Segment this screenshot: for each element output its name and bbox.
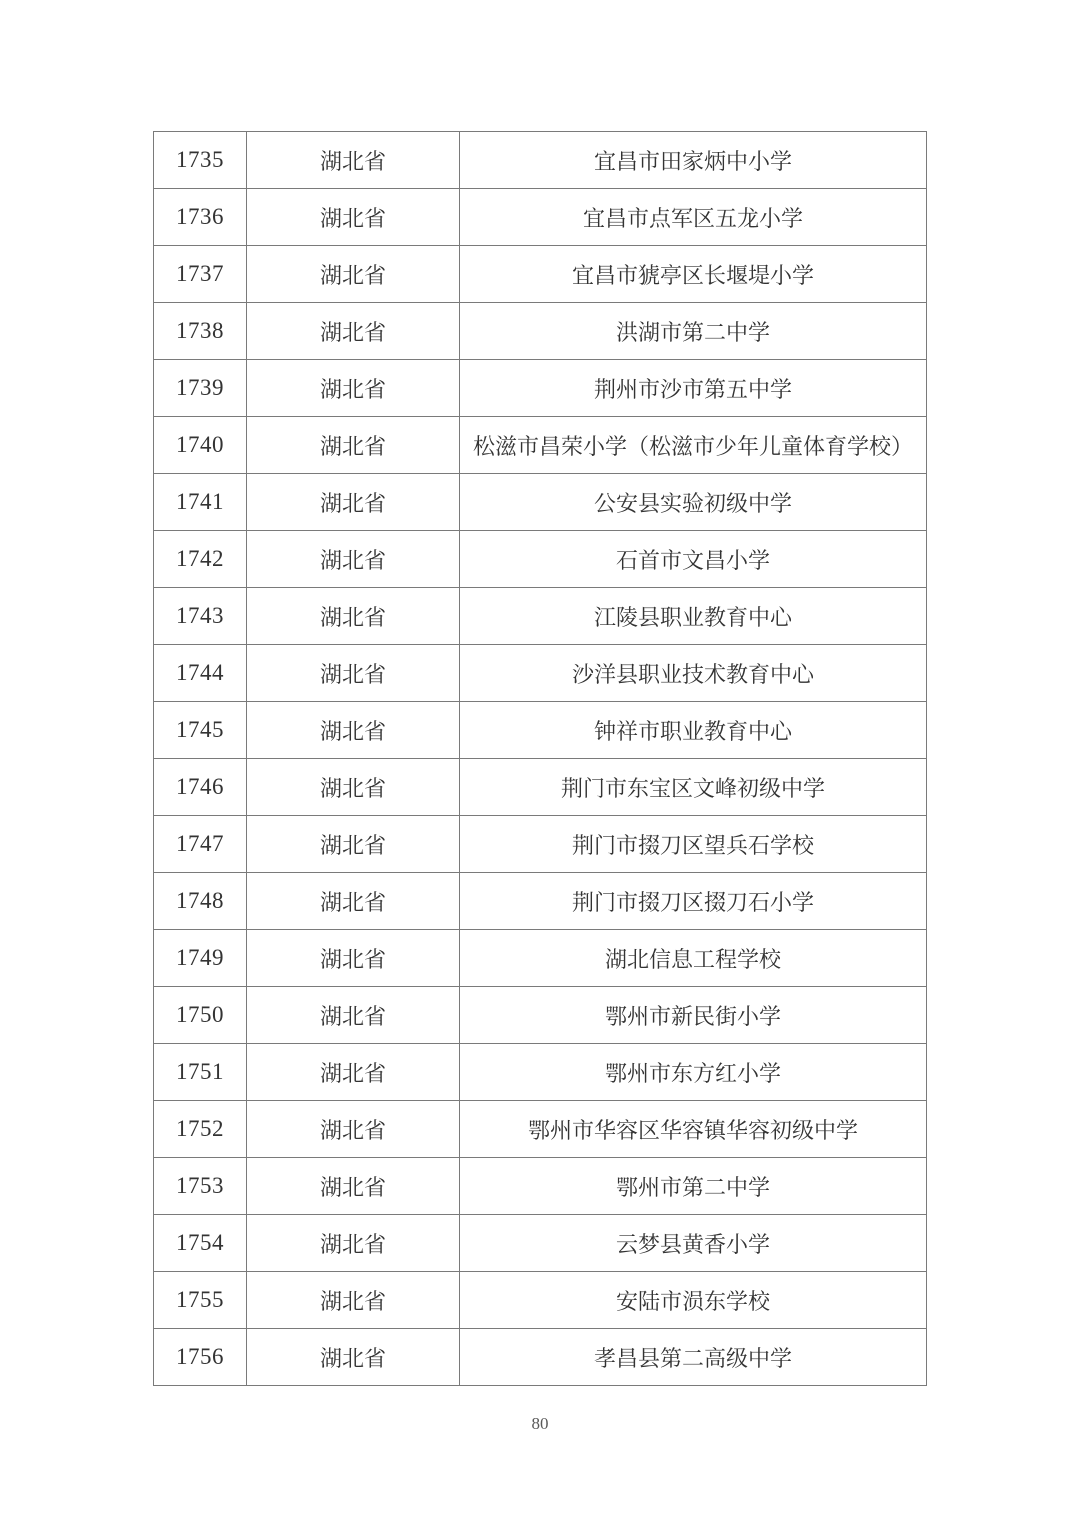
province-cell: 湖北省	[247, 987, 460, 1044]
school-name-cell: 宜昌市点军区五龙小学	[460, 189, 927, 246]
table-row: 1735湖北省宜昌市田家炳中小学	[154, 132, 927, 189]
document-page: 1735湖北省宜昌市田家炳中小学1736湖北省宜昌市点军区五龙小学1737湖北省…	[0, 0, 1080, 1527]
province-cell: 湖北省	[247, 1329, 460, 1386]
province-cell: 湖北省	[247, 588, 460, 645]
province-cell: 湖北省	[247, 360, 460, 417]
row-number-cell: 1738	[154, 303, 247, 360]
table-row: 1744湖北省沙洋县职业技术教育中心	[154, 645, 927, 702]
table-row: 1750湖北省鄂州市新民街小学	[154, 987, 927, 1044]
row-number-cell: 1752	[154, 1101, 247, 1158]
school-name-cell: 钟祥市职业教育中心	[460, 702, 927, 759]
row-number-cell: 1749	[154, 930, 247, 987]
school-name-cell: 孝昌县第二高级中学	[460, 1329, 927, 1386]
table-row: 1741湖北省公安县实验初级中学	[154, 474, 927, 531]
table-row: 1742湖北省石首市文昌小学	[154, 531, 927, 588]
row-number-cell: 1740	[154, 417, 247, 474]
table-row: 1740湖北省松滋市昌荣小学（松滋市少年儿童体育学校）	[154, 417, 927, 474]
province-cell: 湖北省	[247, 531, 460, 588]
table-row: 1739湖北省荆州市沙市第五中学	[154, 360, 927, 417]
province-cell: 湖北省	[247, 873, 460, 930]
row-number-cell: 1743	[154, 588, 247, 645]
province-cell: 湖北省	[247, 759, 460, 816]
row-number-cell: 1742	[154, 531, 247, 588]
school-name-cell: 石首市文昌小学	[460, 531, 927, 588]
school-list-table: 1735湖北省宜昌市田家炳中小学1736湖北省宜昌市点军区五龙小学1737湖北省…	[153, 131, 927, 1386]
province-cell: 湖北省	[247, 303, 460, 360]
table-row: 1752湖北省鄂州市华容区华容镇华容初级中学	[154, 1101, 927, 1158]
province-cell: 湖北省	[247, 816, 460, 873]
province-cell: 湖北省	[247, 1158, 460, 1215]
school-name-cell: 江陵县职业教育中心	[460, 588, 927, 645]
school-name-cell: 宜昌市田家炳中小学	[460, 132, 927, 189]
table-row: 1747湖北省荆门市掇刀区望兵石学校	[154, 816, 927, 873]
province-cell: 湖北省	[247, 645, 460, 702]
row-number-cell: 1747	[154, 816, 247, 873]
province-cell: 湖北省	[247, 132, 460, 189]
table-row: 1743湖北省江陵县职业教育中心	[154, 588, 927, 645]
table-row: 1736湖北省宜昌市点军区五龙小学	[154, 189, 927, 246]
school-name-cell: 沙洋县职业技术教育中心	[460, 645, 927, 702]
table-row: 1748湖北省荆门市掇刀区掇刀石小学	[154, 873, 927, 930]
row-number-cell: 1751	[154, 1044, 247, 1101]
school-list-table-body: 1735湖北省宜昌市田家炳中小学1736湖北省宜昌市点军区五龙小学1737湖北省…	[154, 132, 927, 1386]
table-row: 1737湖北省宜昌市猇亭区长堰堤小学	[154, 246, 927, 303]
row-number-cell: 1754	[154, 1215, 247, 1272]
row-number-cell: 1737	[154, 246, 247, 303]
school-name-cell: 鄂州市东方红小学	[460, 1044, 927, 1101]
school-name-cell: 宜昌市猇亭区长堰堤小学	[460, 246, 927, 303]
page-number: 80	[0, 1414, 1080, 1434]
table-row: 1738湖北省洪湖市第二中学	[154, 303, 927, 360]
province-cell: 湖北省	[247, 189, 460, 246]
row-number-cell: 1750	[154, 987, 247, 1044]
table-row: 1751湖北省鄂州市东方红小学	[154, 1044, 927, 1101]
school-name-cell: 云梦县黄香小学	[460, 1215, 927, 1272]
table-row: 1754湖北省云梦县黄香小学	[154, 1215, 927, 1272]
row-number-cell: 1748	[154, 873, 247, 930]
row-number-cell: 1741	[154, 474, 247, 531]
table-row: 1756湖北省孝昌县第二高级中学	[154, 1329, 927, 1386]
school-name-cell: 公安县实验初级中学	[460, 474, 927, 531]
province-cell: 湖北省	[247, 246, 460, 303]
school-name-cell: 安陆市涢东学校	[460, 1272, 927, 1329]
province-cell: 湖北省	[247, 1215, 460, 1272]
row-number-cell: 1746	[154, 759, 247, 816]
row-number-cell: 1753	[154, 1158, 247, 1215]
table-row: 1755湖北省安陆市涢东学校	[154, 1272, 927, 1329]
school-name-cell: 荆州市沙市第五中学	[460, 360, 927, 417]
province-cell: 湖北省	[247, 930, 460, 987]
school-name-cell: 洪湖市第二中学	[460, 303, 927, 360]
school-name-cell: 鄂州市华容区华容镇华容初级中学	[460, 1101, 927, 1158]
table-row: 1749湖北省湖北信息工程学校	[154, 930, 927, 987]
school-name-cell: 荆门市东宝区文峰初级中学	[460, 759, 927, 816]
row-number-cell: 1744	[154, 645, 247, 702]
table-row: 1745湖北省钟祥市职业教育中心	[154, 702, 927, 759]
table-row: 1746湖北省荆门市东宝区文峰初级中学	[154, 759, 927, 816]
row-number-cell: 1739	[154, 360, 247, 417]
row-number-cell: 1755	[154, 1272, 247, 1329]
province-cell: 湖北省	[247, 474, 460, 531]
row-number-cell: 1745	[154, 702, 247, 759]
school-name-cell: 湖北信息工程学校	[460, 930, 927, 987]
province-cell: 湖北省	[247, 1101, 460, 1158]
province-cell: 湖北省	[247, 417, 460, 474]
row-number-cell: 1735	[154, 132, 247, 189]
table-row: 1753湖北省鄂州市第二中学	[154, 1158, 927, 1215]
school-name-cell: 荆门市掇刀区望兵石学校	[460, 816, 927, 873]
province-cell: 湖北省	[247, 702, 460, 759]
row-number-cell: 1736	[154, 189, 247, 246]
school-name-cell: 鄂州市第二中学	[460, 1158, 927, 1215]
row-number-cell: 1756	[154, 1329, 247, 1386]
province-cell: 湖北省	[247, 1272, 460, 1329]
province-cell: 湖北省	[247, 1044, 460, 1101]
school-name-cell: 松滋市昌荣小学（松滋市少年儿童体育学校）	[460, 417, 927, 474]
school-name-cell: 鄂州市新民街小学	[460, 987, 927, 1044]
school-name-cell: 荆门市掇刀区掇刀石小学	[460, 873, 927, 930]
